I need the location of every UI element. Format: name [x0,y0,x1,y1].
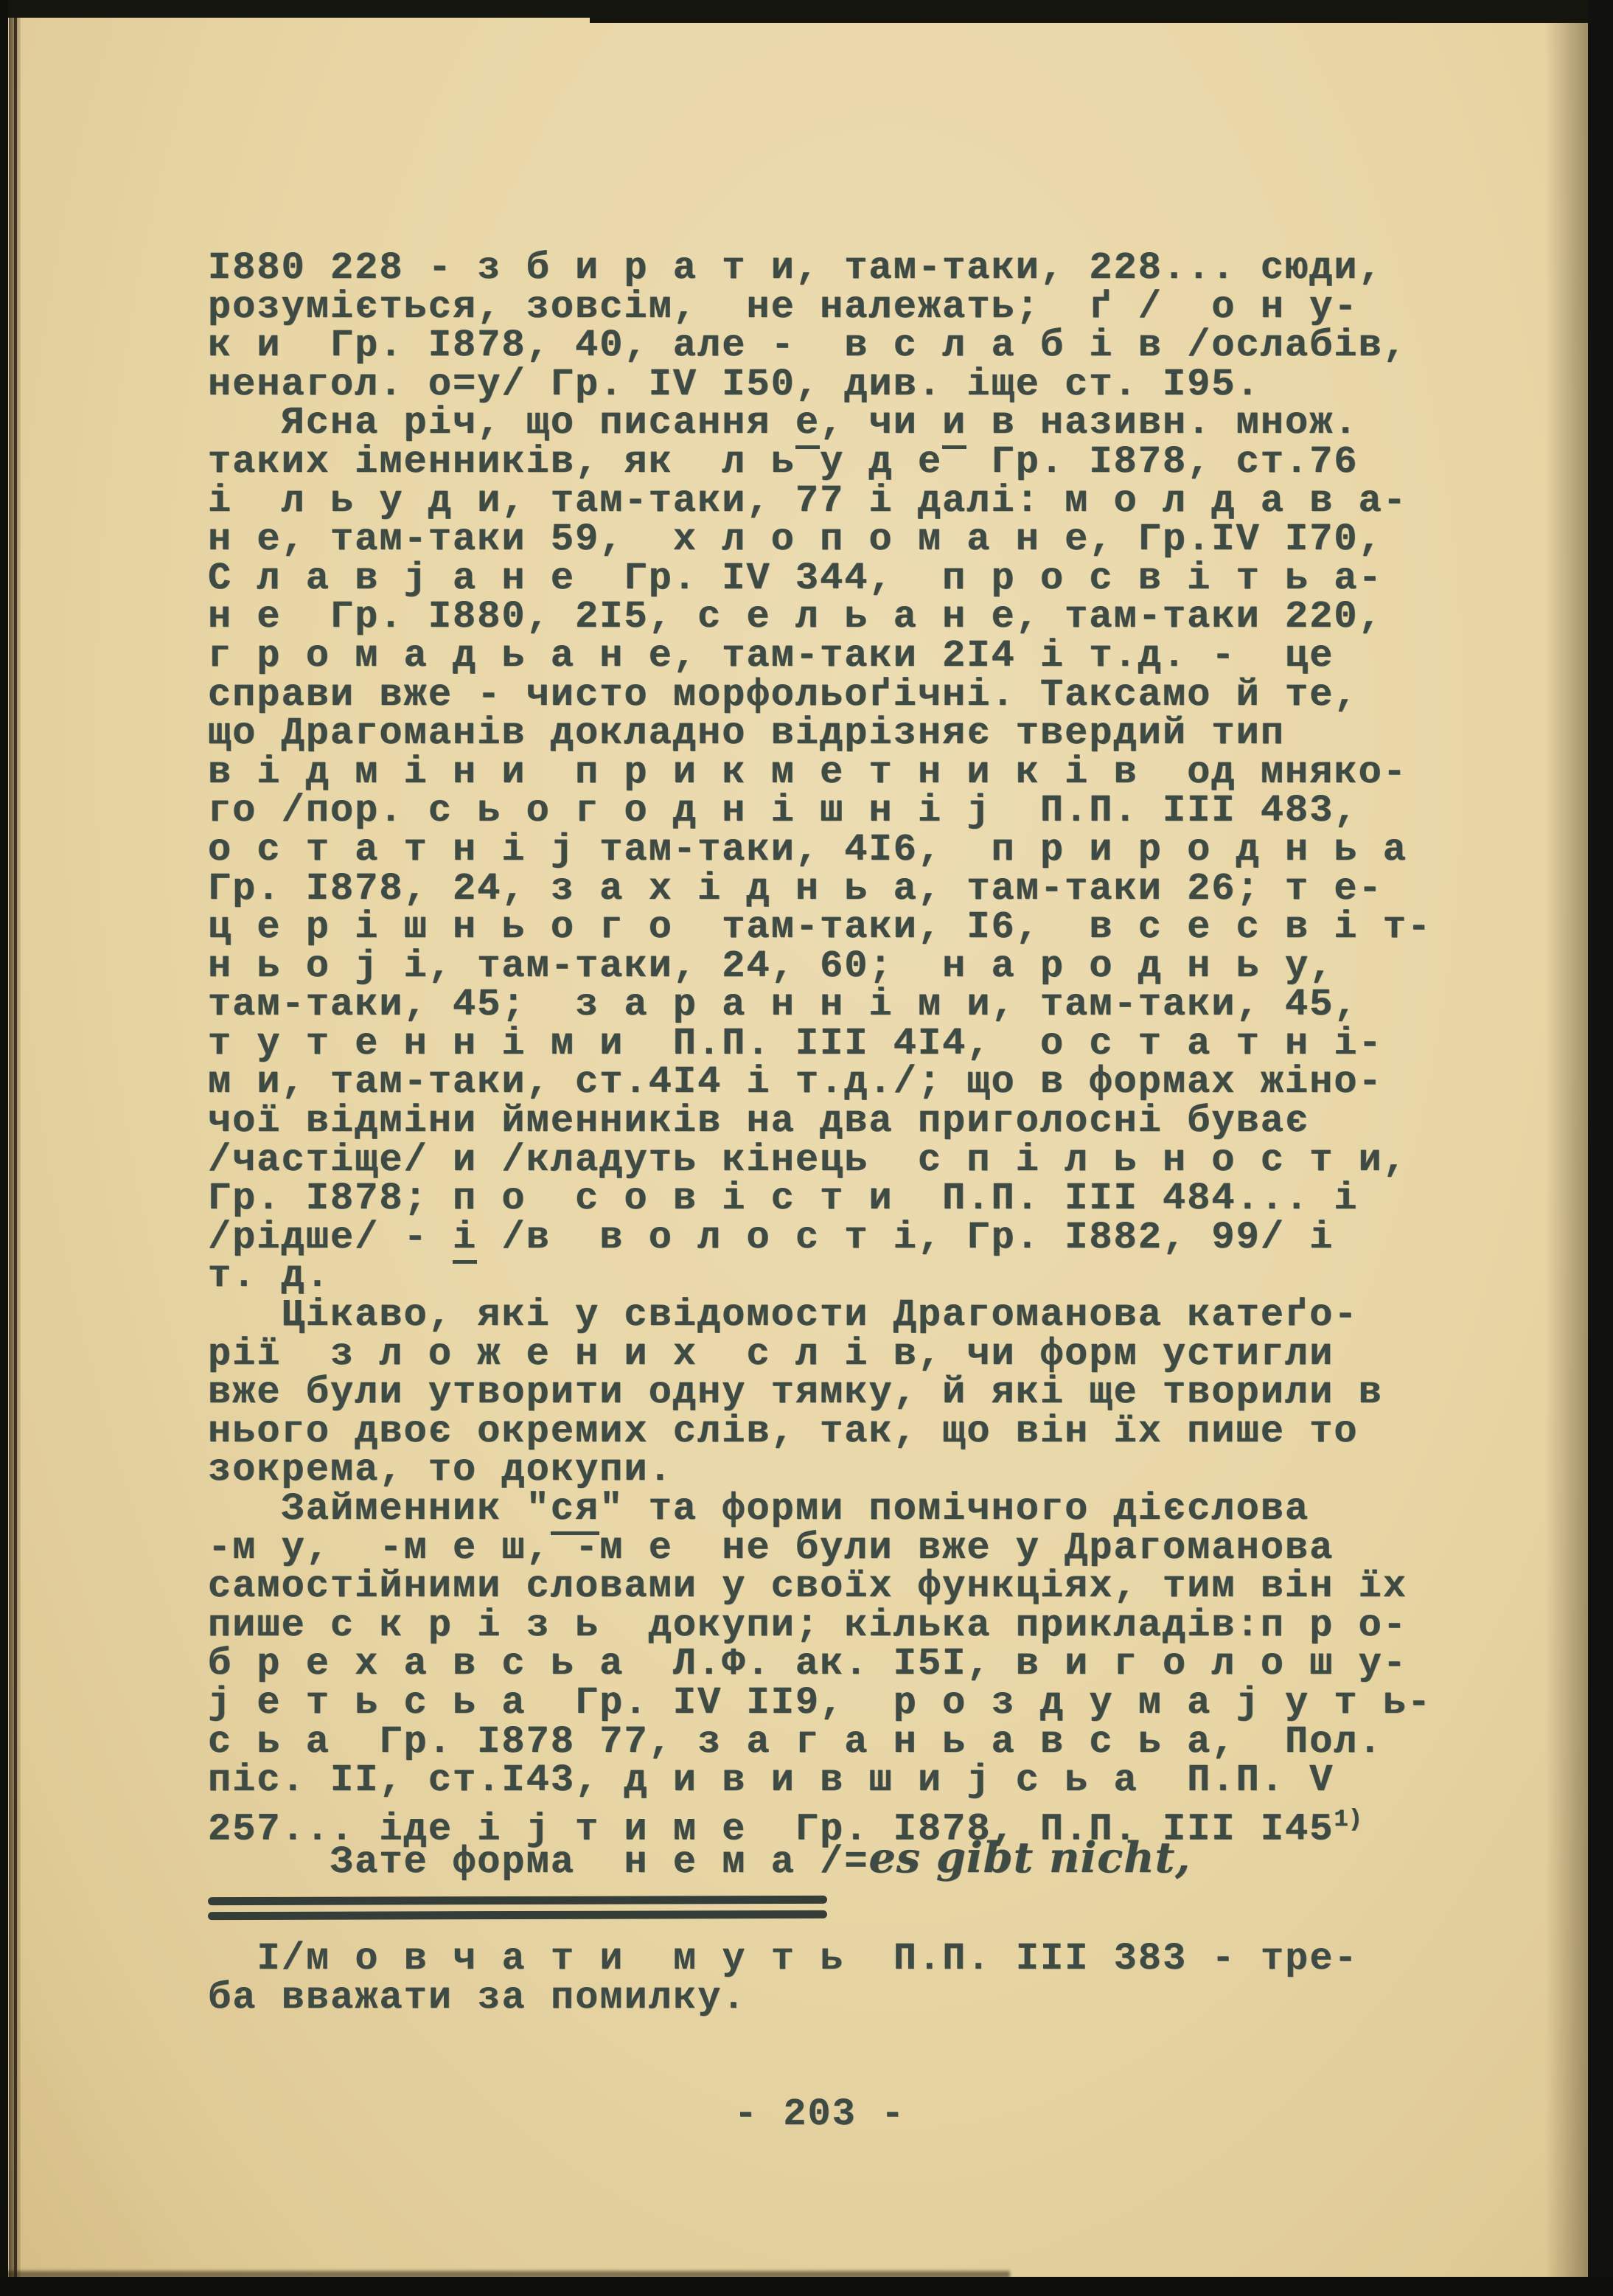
typewritten-text: що Драгоманів докладно відрізняє твердий… [208,712,1285,755]
typewritten-text: Займенник " [208,1487,551,1531]
typewritten-text: Ясна річ, що писання [208,401,795,445]
text-line: б р е х а в с ь а Л.Ф. ак. I5I, в и г о … [208,1645,1461,1684]
text-line: ненагол. о=у/ Гр. IV I50, див. іще ст. I… [208,366,1461,405]
text-line: зокрема, то докупи. [208,1451,1461,1490]
typewritten-text: н е Гр. I880, 2I5, с е л ь а н е, там-та… [208,595,1383,639]
photo-edge-left [0,0,8,2296]
page-paper: I880 228 - з б и р а т и, там-таки, 228.… [0,0,1613,2296]
typewritten-text: /рідше/ - [208,1216,453,1259]
typewritten-text: в називн. множ. [966,401,1358,445]
text-line: н ь о j і, там-таки, 24, 60; н а р о д н… [208,947,1461,987]
text-line: ц е р і ш н ь о г о там-таки, I6, в с е … [208,908,1461,947]
text-line: чої відміни йменників на два приголосні … [208,1102,1461,1141]
text-line: I880 228 - з б и р а т и, там-таки, 228.… [208,249,1461,288]
text-line: справи вже - чисто морфольоґічні. Таксам… [208,676,1461,715]
text-line: вже були утворити одну тямку, й які ще т… [208,1374,1461,1413]
footnote-marker: 1) [1334,1806,1362,1833]
typewritten-text: і [453,1216,477,1264]
typewritten-text: I880 228 - з б и р а т и, там-таки, 228.… [208,246,1383,290]
page-right-shadow [1545,0,1589,2296]
typewritten-text: ба вважати за помилку. [208,1976,747,2020]
typewritten-text: б р е х а в с ь а Л.Ф. ак. I5I, в и г о … [208,1642,1407,1686]
typewritten-text: зокрема, то докупи. [208,1448,673,1492]
typewritten-text: справи вже - чисто морфольоґічні. Таксам… [208,673,1359,717]
text-line: таких іменників, як л ь у д е Гр. I878, … [208,443,1461,482]
text-line: 257... іде і j т и м е Гр. I878, П.П. II… [208,1801,1461,1840]
text-line: і л ь у д и, там-таки, 77 і далі: м о л … [208,482,1461,521]
typewritten-text: самостійними словами у своїх функціях, т… [208,1565,1407,1608]
text-line: го /пор. с ь о г о д н і ш н і j П.П. II… [208,792,1461,831]
typewritten-text: с ь а Гр. I878 77, з а г а н ь а в с ь а… [208,1720,1383,1764]
text-line: г р о м а д ь а н е, там-таки 2I4 і т.д.… [208,637,1461,676]
text-line: Ясна річ, що писання е, чи и в називн. м… [208,404,1461,443]
typewritten-text: нього двоє окремих слів, так, що він їх … [208,1410,1359,1453]
text-line: самостійними словами у своїх функціях, т… [208,1568,1461,1607]
photo-edge-top-right [590,0,1613,23]
typewritten-text: н ь о j і, там-таки, 24, 60; н а р о д н… [208,945,1334,988]
book-gutter-line [14,0,17,2296]
text-line: /частіще/ и /кладуть кінець с п і л ь н … [208,1141,1461,1180]
typewritten-text: ц е р і ш н ь о г о там-таки, I6, в с е … [208,905,1432,949]
body-text: I880 228 - з б и р а т и, там-таки, 228.… [208,249,1461,1878]
text-line: нього двоє окремих слів, так, що він їх … [208,1413,1461,1452]
typewritten-text: таких іменників, як л ь у д е Гр. I878, … [208,440,1359,484]
text-line: що Драгоманів докладно відрізняє твердий… [208,714,1461,754]
text-line: /рідше/ - і /в в о л о с т і, Гр. I882, … [208,1219,1461,1258]
footnote-separator-line-top [208,1896,827,1905]
text-line: піс. II, ст.I43, д и в и в ш и j с ь а П… [208,1761,1461,1801]
text-line: розуміється, зовсім, не належать; ґ / о … [208,288,1461,327]
text-line: С л а в j а н е Гр. IV 344, п р о с в і … [208,560,1461,599]
text-line: j е т ь с ь а Гр. IV II9, р о з д у м а … [208,1684,1461,1723]
typewritten-text: j е т ь с ь а Гр. IV II9, р о з д у м а … [208,1681,1432,1725]
typewritten-text: /в в о л о с т і, Гр. I882, 99/ і [477,1216,1334,1259]
text-line: пише с к р і з ь докупи; кілька прикладі… [208,1607,1461,1646]
typewritten-text: /частіще/ и /кладуть кінець с п і л ь н … [208,1138,1407,1182]
typewritten-text: піс. II, ст.I43, д и в и в ш и j с ь а П… [208,1758,1334,1802]
typewritten-text: го /пор. с ь о г о д н і ш н і j П.П. II… [208,789,1359,832]
text-line: н е Гр. I880, 2I5, с е л ь а н е, там-та… [208,598,1461,637]
typewritten-text: Гр. I878, 24, з а х і д н ь а, там-таки … [208,867,1383,911]
footnote-separator-line-bottom [208,1910,827,1920]
typewritten-text: і л ь у д и, там-таки, 77 і далі: м о л … [208,479,1407,523]
typewritten-text: там-таки, 45; з а р а н н і м и, там-так… [208,983,1359,1026]
typewritten-text: -м у, -м е ш, -м е не були вже у Драгома… [208,1526,1334,1570]
text-line: I/м о в ч а т и м у т ь П.П. III 383 - т… [208,1939,1461,1978]
typewritten-text: г р о м а д ь а н е, там-таки 2I4 і т.д.… [208,634,1334,678]
typewritten-text: Цікаво, які у свідомости Драгоманова кат… [208,1293,1359,1337]
text-line: т у т е н н і м и П.П. III 4I4, о с т а … [208,1025,1461,1064]
typewritten-text: т. д. [208,1254,330,1298]
handwritten-text: es gibt nicht, [869,1833,1191,1882]
text-line: Гр. I878; п о с о в і с т и П.П. III 484… [208,1180,1461,1219]
text-line: Цікаво, які у свідомости Драгоманова кат… [208,1296,1461,1335]
text-line: т. д. [208,1257,1461,1296]
typewritten-text: о с т а т н і j там-таки, 4I6, п р и р о… [208,828,1407,872]
typewritten-text: к и Гр. I878, 40, але - в с л а б і в /о… [208,324,1407,367]
text-line: -м у, -м е ш, -м е не були вже у Драгома… [208,1529,1461,1568]
typewritten-text: С л а в j а н е Гр. IV 344, п р о с в і … [208,557,1383,600]
text-line: там-таки, 45; з а р а н н і м и, там-так… [208,986,1461,1025]
typewritten-text: , чи [820,401,942,445]
typewritten-text: ненагол. о=у/ Гр. IV I50, див. іще ст. I… [208,363,1261,406]
typewritten-text: м и, там-таки, ст.4I4 і т.д./; що в форм… [208,1060,1383,1104]
text-line: о с т а т н і j там-таки, 4I6, п р и р о… [208,831,1461,870]
photo-edge-bottom [0,2277,1613,2296]
typewritten-text: н е, там-таки 59, х л о п о м а н е, Гр.… [208,518,1383,561]
footnote-text: I/м о в ч а т и м у т ь П.П. III 383 - т… [208,1939,1461,2017]
typewritten-text: Зате форма н е м а /= [208,1840,869,1884]
text-line: Займенник "ся" та форми помічного дієсло… [208,1490,1461,1529]
text-line: в і д м і н и п р и к м е т н и к і в од… [208,754,1461,793]
text-line: Гр. I878, 24, з а х і д н ь а, там-таки … [208,870,1461,909]
photo-edge-right [1588,0,1613,2296]
typewritten-text: " та форми помічного дієслова [599,1487,1309,1531]
text-line: рії з л о ж е н и х с л і в, чи форм уст… [208,1335,1461,1374]
text-line: ба вважати за помилку. [208,1978,1461,2017]
text-line: к и Гр. I878, 40, але - в с л а б і в /о… [208,327,1461,366]
typewritten-text: в і д м і н и п р и к м е т н и к і в од… [208,751,1407,794]
typewritten-text: чої відміни йменників на два приголосні … [208,1099,1309,1143]
typewritten-text: I/м о в ч а т и м у т ь П.П. III 383 - т… [208,1937,1359,1980]
typewritten-text: пише с к р і з ь докупи; кілька прикладі… [208,1604,1407,1647]
text-line: м и, там-таки, ст.4I4 і т.д./; що в форм… [208,1063,1461,1102]
typewritten-text: вже були утворити одну тямку, й які ще т… [208,1371,1383,1414]
typewritten-text: т у т е н н і м и П.П. III 4I4, о с т а … [208,1022,1383,1065]
page-number: - 203 - [208,2093,1432,2136]
text-line: н е, там-таки 59, х л о п о м а н е, Гр.… [208,521,1461,560]
text-line: с ь а Гр. I878 77, з а г а н ь а в с ь а… [208,1723,1461,1762]
typewritten-text: Гр. I878; п о с о в і с т и П.П. III 484… [208,1177,1359,1220]
scanned-page: I880 228 - з б и р а т и, там-таки, 228.… [0,0,1613,2296]
typewritten-text: рії з л о ж е н и х с л і в, чи форм уст… [208,1332,1334,1376]
typewritten-text: розуміється, зовсім, не належать; ґ / о … [208,285,1359,329]
